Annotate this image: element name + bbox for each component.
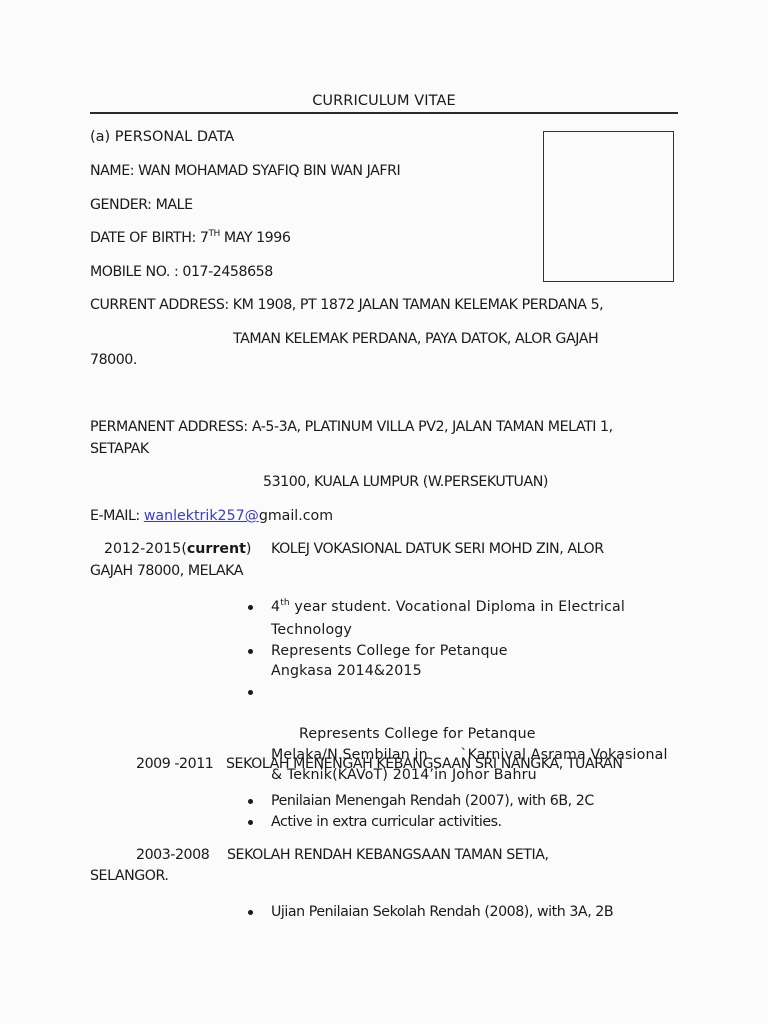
document-title: CURRICULUM VITAE (90, 93, 678, 109)
permanent-address-line2: SETAPAK (90, 441, 149, 457)
education-2-bullet-list: Penilaian Menengah Rendah (2007), with 6… (271, 791, 671, 833)
current-address-line3: 78000. (90, 352, 137, 368)
list-item: 4th year student. Vocational Diploma in … (271, 597, 671, 641)
list-item: Represents College for Petanque Angkasa … (271, 641, 521, 683)
permanent-address-line1: PERMANENT ADDRESS: A-5-3A, PLATINUM VILL… (90, 419, 613, 435)
mobile-field: MOBILE NO. : 017-2458658 (90, 264, 273, 280)
dob-ordinal: TH (208, 229, 219, 239)
bullet-icon (248, 799, 253, 804)
education-2-school-line1: SEKOLAH MENENGAH KEBANGSAAN SRI NANGKA, … (226, 756, 622, 772)
education-1-bullet-list: 4th year student. Vocational Diploma in … (271, 597, 671, 807)
bullet-icon (248, 910, 253, 915)
email-field: E-MAIL: wanlektrik257@gmail.com (90, 508, 333, 524)
cv-page: CURRICULUM VITAE (a) PERSONAL DATA NAME:… (0, 0, 768, 1024)
email-domain: gmail.com (259, 508, 333, 524)
section-heading-personal-data: (a) PERSONAL DATA (90, 129, 234, 145)
list-item: Active in extra curricular activities. (271, 812, 671, 833)
gender-field: GENDER: MALE (90, 197, 193, 213)
education-3-school-line1: SEKOLAH RENDAH KEBANGSAAN TAMAN SETIA, (227, 847, 549, 863)
bullet-icon (248, 690, 253, 695)
bullet-icon (248, 649, 253, 654)
education-entry-1-header: 2012-2015(current) (104, 541, 251, 557)
photo-placeholder-box (543, 131, 674, 282)
date-of-birth-field: DATE OF BIRTH: 7TH MAY 1996 (90, 230, 290, 246)
education-1-current-label: current (187, 541, 246, 557)
education-2-years: 2009 -2011 (136, 756, 213, 772)
list-item: Penilaian Menengah Rendah (2007), with 6… (271, 791, 671, 812)
education-3-bullet-list: Ujian Penilaian Sekolah Rendah (2008), w… (271, 902, 671, 923)
education-1-school-line1: KOLEJ VOKASIONAL DATUK SERI MOHD ZIN, AL… (271, 541, 604, 557)
bullet-icon (248, 820, 253, 825)
dob-day: DATE OF BIRTH: 7 (90, 230, 208, 246)
list-item: Ujian Penilaian Sekolah Rendah (2008), w… (271, 902, 671, 923)
permanent-address-line3: 53100, KUALA LUMPUR (W.PERSEKUTUAN) (263, 474, 548, 490)
education-1-years-suffix: ) (246, 541, 252, 557)
current-address-line1: CURRENT ADDRESS: KM 1908, PT 1872 JALAN … (90, 297, 603, 313)
education-1-school-line2: GAJAH 78000, MELAKA (90, 563, 243, 579)
title-underline-divider (90, 112, 678, 114)
bullet-icon (248, 605, 253, 610)
list-item: Represents College for Petanque Melaka/N… (271, 682, 671, 807)
education-1-years-prefix: 2012-2015( (104, 541, 187, 557)
education-3-years: 2003-2008 (136, 847, 209, 863)
email-link[interactable]: wanlektrik257@ (144, 508, 259, 524)
current-address-line2: TAMAN KELEMAK PERDANA, PAYA DATOK, ALOR … (233, 331, 598, 347)
education-3-school-line2: SELANGOR. (90, 868, 169, 884)
email-label: E-MAIL: (90, 508, 144, 524)
name-field: NAME: WAN MOHAMAD SYAFIQ BIN WAN JAFRI (90, 163, 400, 179)
dob-month-year: MAY 1996 (220, 230, 291, 246)
